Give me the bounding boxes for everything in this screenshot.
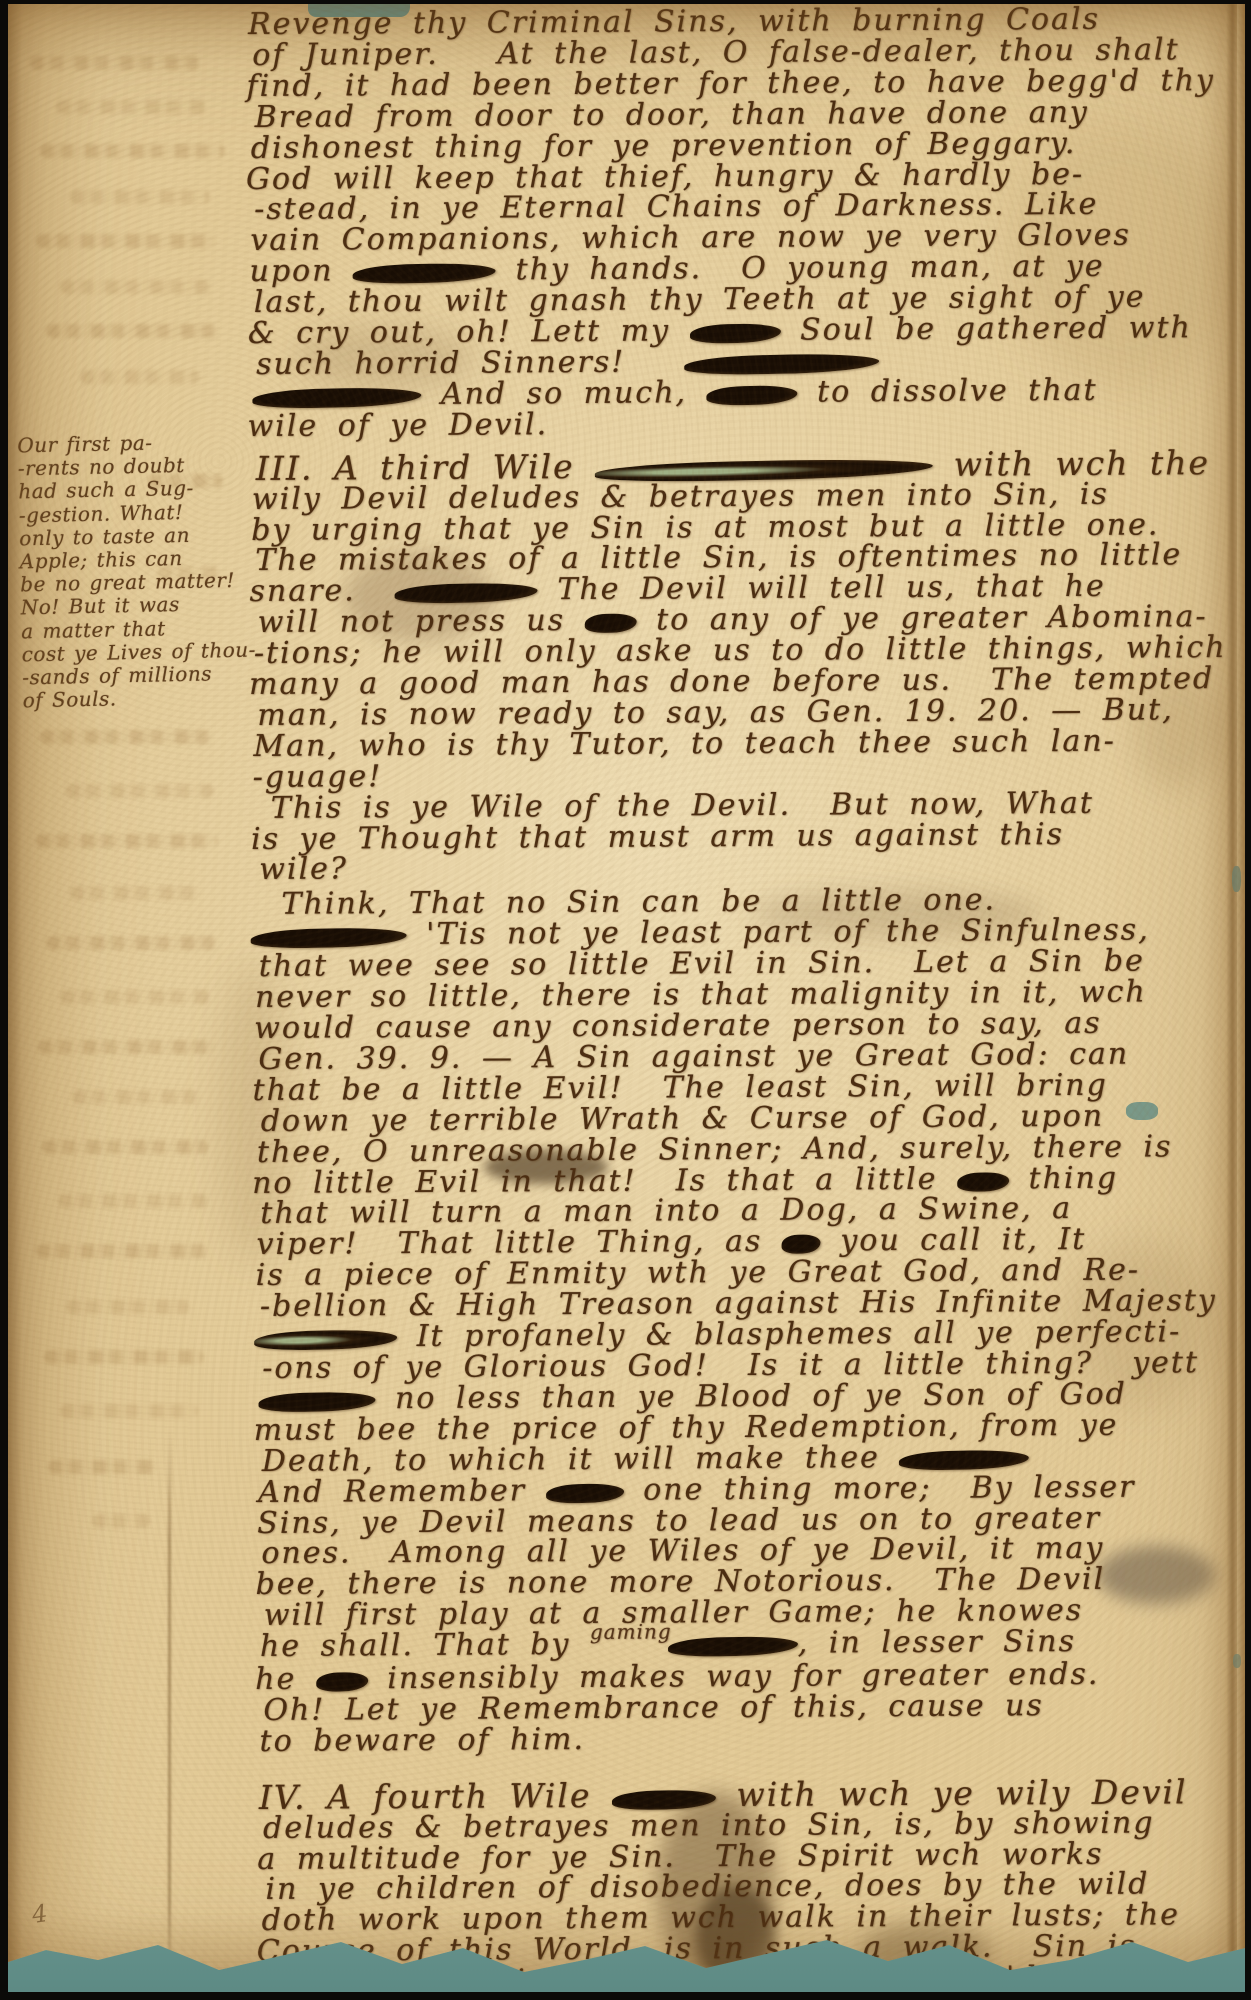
bleed-through-row xyxy=(70,190,210,204)
ink-blot-strikethrough xyxy=(316,1672,368,1692)
bleed-through-row xyxy=(46,936,218,950)
bleed-through-row xyxy=(44,1350,204,1364)
bleed-through-row xyxy=(66,784,214,798)
bleed-through-row xyxy=(36,834,218,848)
paper-crease xyxy=(168,1428,171,1988)
bleed-through-row xyxy=(30,56,200,70)
ink-blot-strikethrough xyxy=(684,353,879,376)
ink-blot-strikethrough xyxy=(353,263,496,285)
bleed-through-row xyxy=(80,370,200,384)
ink-blot-strikethrough xyxy=(584,613,636,633)
ink-blot-strikethrough xyxy=(782,1235,821,1255)
handwritten-text: Man, who is thy Tutor, to teach thee suc… xyxy=(253,724,1115,764)
handwritten-text: wile? xyxy=(259,852,348,888)
handwritten-text: to beware of him. xyxy=(259,1722,585,1759)
photo-frame: Our first pa--rents no doubthad such a S… xyxy=(0,0,1251,2000)
ink-blot-strikethrough xyxy=(689,323,780,344)
ink-blot-strikethrough xyxy=(668,1636,798,1658)
ink-blot-strikethrough xyxy=(899,1449,1029,1471)
ink-blot-strikethrough xyxy=(258,1391,375,1412)
ink-blot-strikethrough xyxy=(706,385,797,406)
bleed-through-row xyxy=(70,886,200,900)
manuscript-line: And so much, to dissolve that xyxy=(252,375,1245,412)
paragraph: Think, That no Sin can be a little one. … xyxy=(253,884,1245,1758)
handwritten-text: Oh! Let ye Remembrance of this, cause us xyxy=(263,1688,1044,1728)
interlinear-insertion: gaming xyxy=(590,1617,672,1648)
margin-note: Our first pa--rents no doubthad such a S… xyxy=(17,430,251,713)
bleed-through-row xyxy=(36,1244,208,1258)
manuscript-line: & cry out, oh! Lett my Soul be gathered … xyxy=(248,313,1245,350)
margin-note-line: of Souls. xyxy=(22,685,250,713)
bleed-through-row xyxy=(72,1090,200,1104)
handwritten-text: Soul be gathered wth xyxy=(780,310,1191,348)
handwritten-text: , in lesser Sins xyxy=(798,1624,1076,1661)
bleed-through-row xyxy=(58,1194,208,1208)
main-text-block: Revenge thy Criminal Sins, with burning … xyxy=(248,4,1245,1992)
bleed-through-row xyxy=(46,324,218,338)
manuscript-line: to beware of him. xyxy=(259,1721,1245,1758)
handwritten-text: to dissolve that xyxy=(797,373,1097,410)
manuscript-line: wile of ye Devil. xyxy=(247,406,1245,443)
bleed-through-row xyxy=(48,1460,156,1474)
bleed-through-row xyxy=(60,1404,198,1418)
bleed-through-row xyxy=(66,1300,190,1314)
bleed-through-row xyxy=(40,730,212,744)
ink-blot-strikethrough xyxy=(250,927,406,949)
bleed-through-row xyxy=(92,1514,150,1528)
quire-mark: 4 xyxy=(30,1899,49,1929)
bleed-through-row xyxy=(60,280,210,294)
bleed-through-row xyxy=(36,234,216,248)
paragraph: This is ye Wile of the Devil. But now, W… xyxy=(253,787,1245,886)
bleed-through-row xyxy=(56,100,206,114)
paragraph: III. A third Wile with wch thewily Devil… xyxy=(251,447,1245,793)
bleed-through-row xyxy=(40,144,225,158)
handwritten-text: he shall. That by xyxy=(260,1627,590,1664)
bleed-through-row xyxy=(42,1140,208,1154)
handwritten-text: And so much, xyxy=(421,375,706,412)
paragraph: Revenge thy Criminal Sins, with burning … xyxy=(248,4,1245,443)
ink-blot-strikethrough xyxy=(957,1172,1009,1192)
ink-blot-strikethrough xyxy=(395,583,538,605)
ink-blot-strikethrough xyxy=(545,1483,623,1504)
bleed-through-row xyxy=(38,1040,214,1054)
handwritten-text: wile of ye Devil. xyxy=(247,407,548,444)
manuscript-line: Man, who is thy Tutor, to teach thee suc… xyxy=(253,726,1245,763)
bleed-through-row xyxy=(60,990,210,1004)
handwritten-text: is ye Thought that must arm us against t… xyxy=(251,817,1064,857)
manuscript-page: Our first pa--rents no doubthad such a S… xyxy=(8,4,1245,1992)
ink-blot-strikethrough xyxy=(252,387,421,409)
ink-blot-strikethrough xyxy=(254,1329,397,1351)
